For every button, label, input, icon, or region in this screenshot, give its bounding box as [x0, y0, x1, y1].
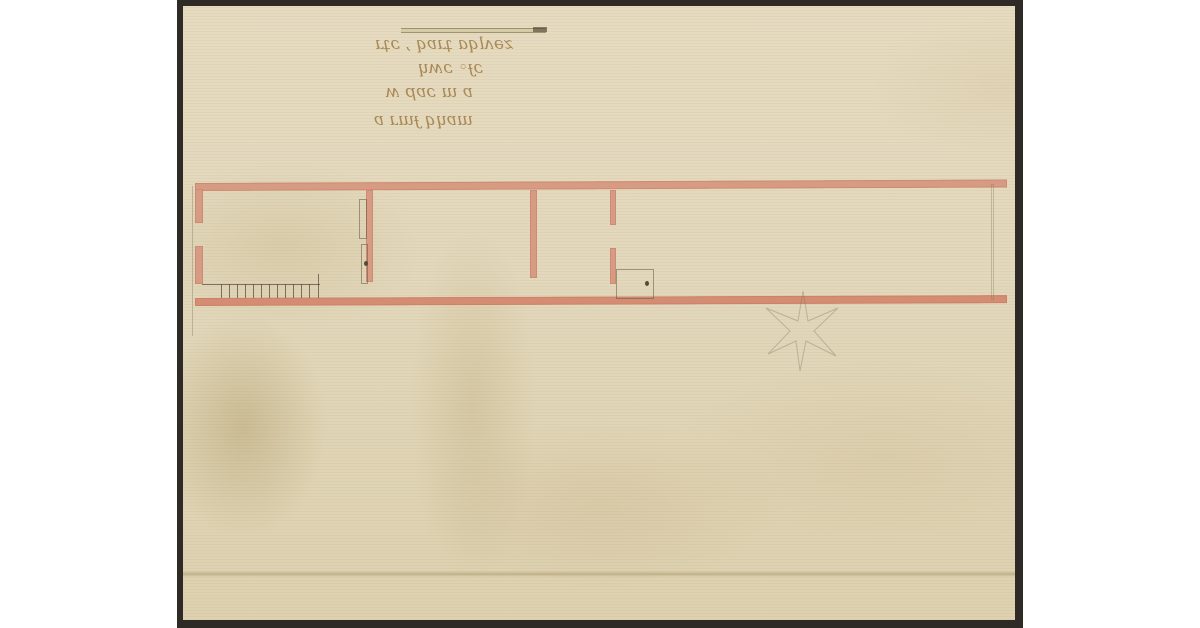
stair-step	[309, 284, 310, 298]
paper-fold	[183, 571, 1015, 577]
door-knob-1	[364, 261, 368, 266]
stair-post	[318, 274, 319, 298]
stair-step	[245, 284, 246, 298]
handwriting-line-1: zəʌlqa ʇɹɐq ‚ ɔʇɹ	[213, 34, 513, 54]
stair-step	[269, 284, 270, 298]
margin-line	[192, 186, 193, 336]
cupboard-upper	[359, 199, 367, 239]
handwriting-line-4: ɯɐɥq ɟɯɹ ɐ	[293, 110, 473, 130]
document-paper: zəʌlqa ʇɹɐq ‚ ɔʇɹ ɔɟ◦ ɔʍɥ ɐ ɯ ɔɐp ʍ ɯɐɥq…	[183, 6, 1015, 620]
wall-bottom	[195, 295, 1007, 306]
wall-top	[195, 179, 1007, 191]
stair-step	[237, 284, 238, 298]
wall-left-lower	[195, 246, 203, 284]
stair-step	[253, 284, 254, 298]
stair-step	[277, 284, 278, 298]
stair-step	[285, 284, 286, 298]
scale-bar-mark	[533, 27, 547, 32]
stair-step	[301, 284, 302, 298]
handwriting-line-3: ɐ ɯ ɔɐp ʍ	[253, 82, 473, 102]
partition-3-upper	[610, 190, 616, 225]
stair-step	[261, 284, 262, 298]
wall-right	[991, 184, 994, 300]
stair-step	[293, 284, 294, 298]
partition-2	[530, 190, 537, 278]
door-knob-2	[645, 281, 649, 286]
stair-step	[221, 284, 222, 298]
scale-bar	[401, 28, 546, 33]
handwriting-line-2: ɔɟ◦ ɔʍɥ	[193, 58, 483, 78]
compass-rose-icon	[758, 286, 848, 376]
wall-left-upper	[195, 189, 203, 223]
stair-step	[229, 284, 230, 298]
